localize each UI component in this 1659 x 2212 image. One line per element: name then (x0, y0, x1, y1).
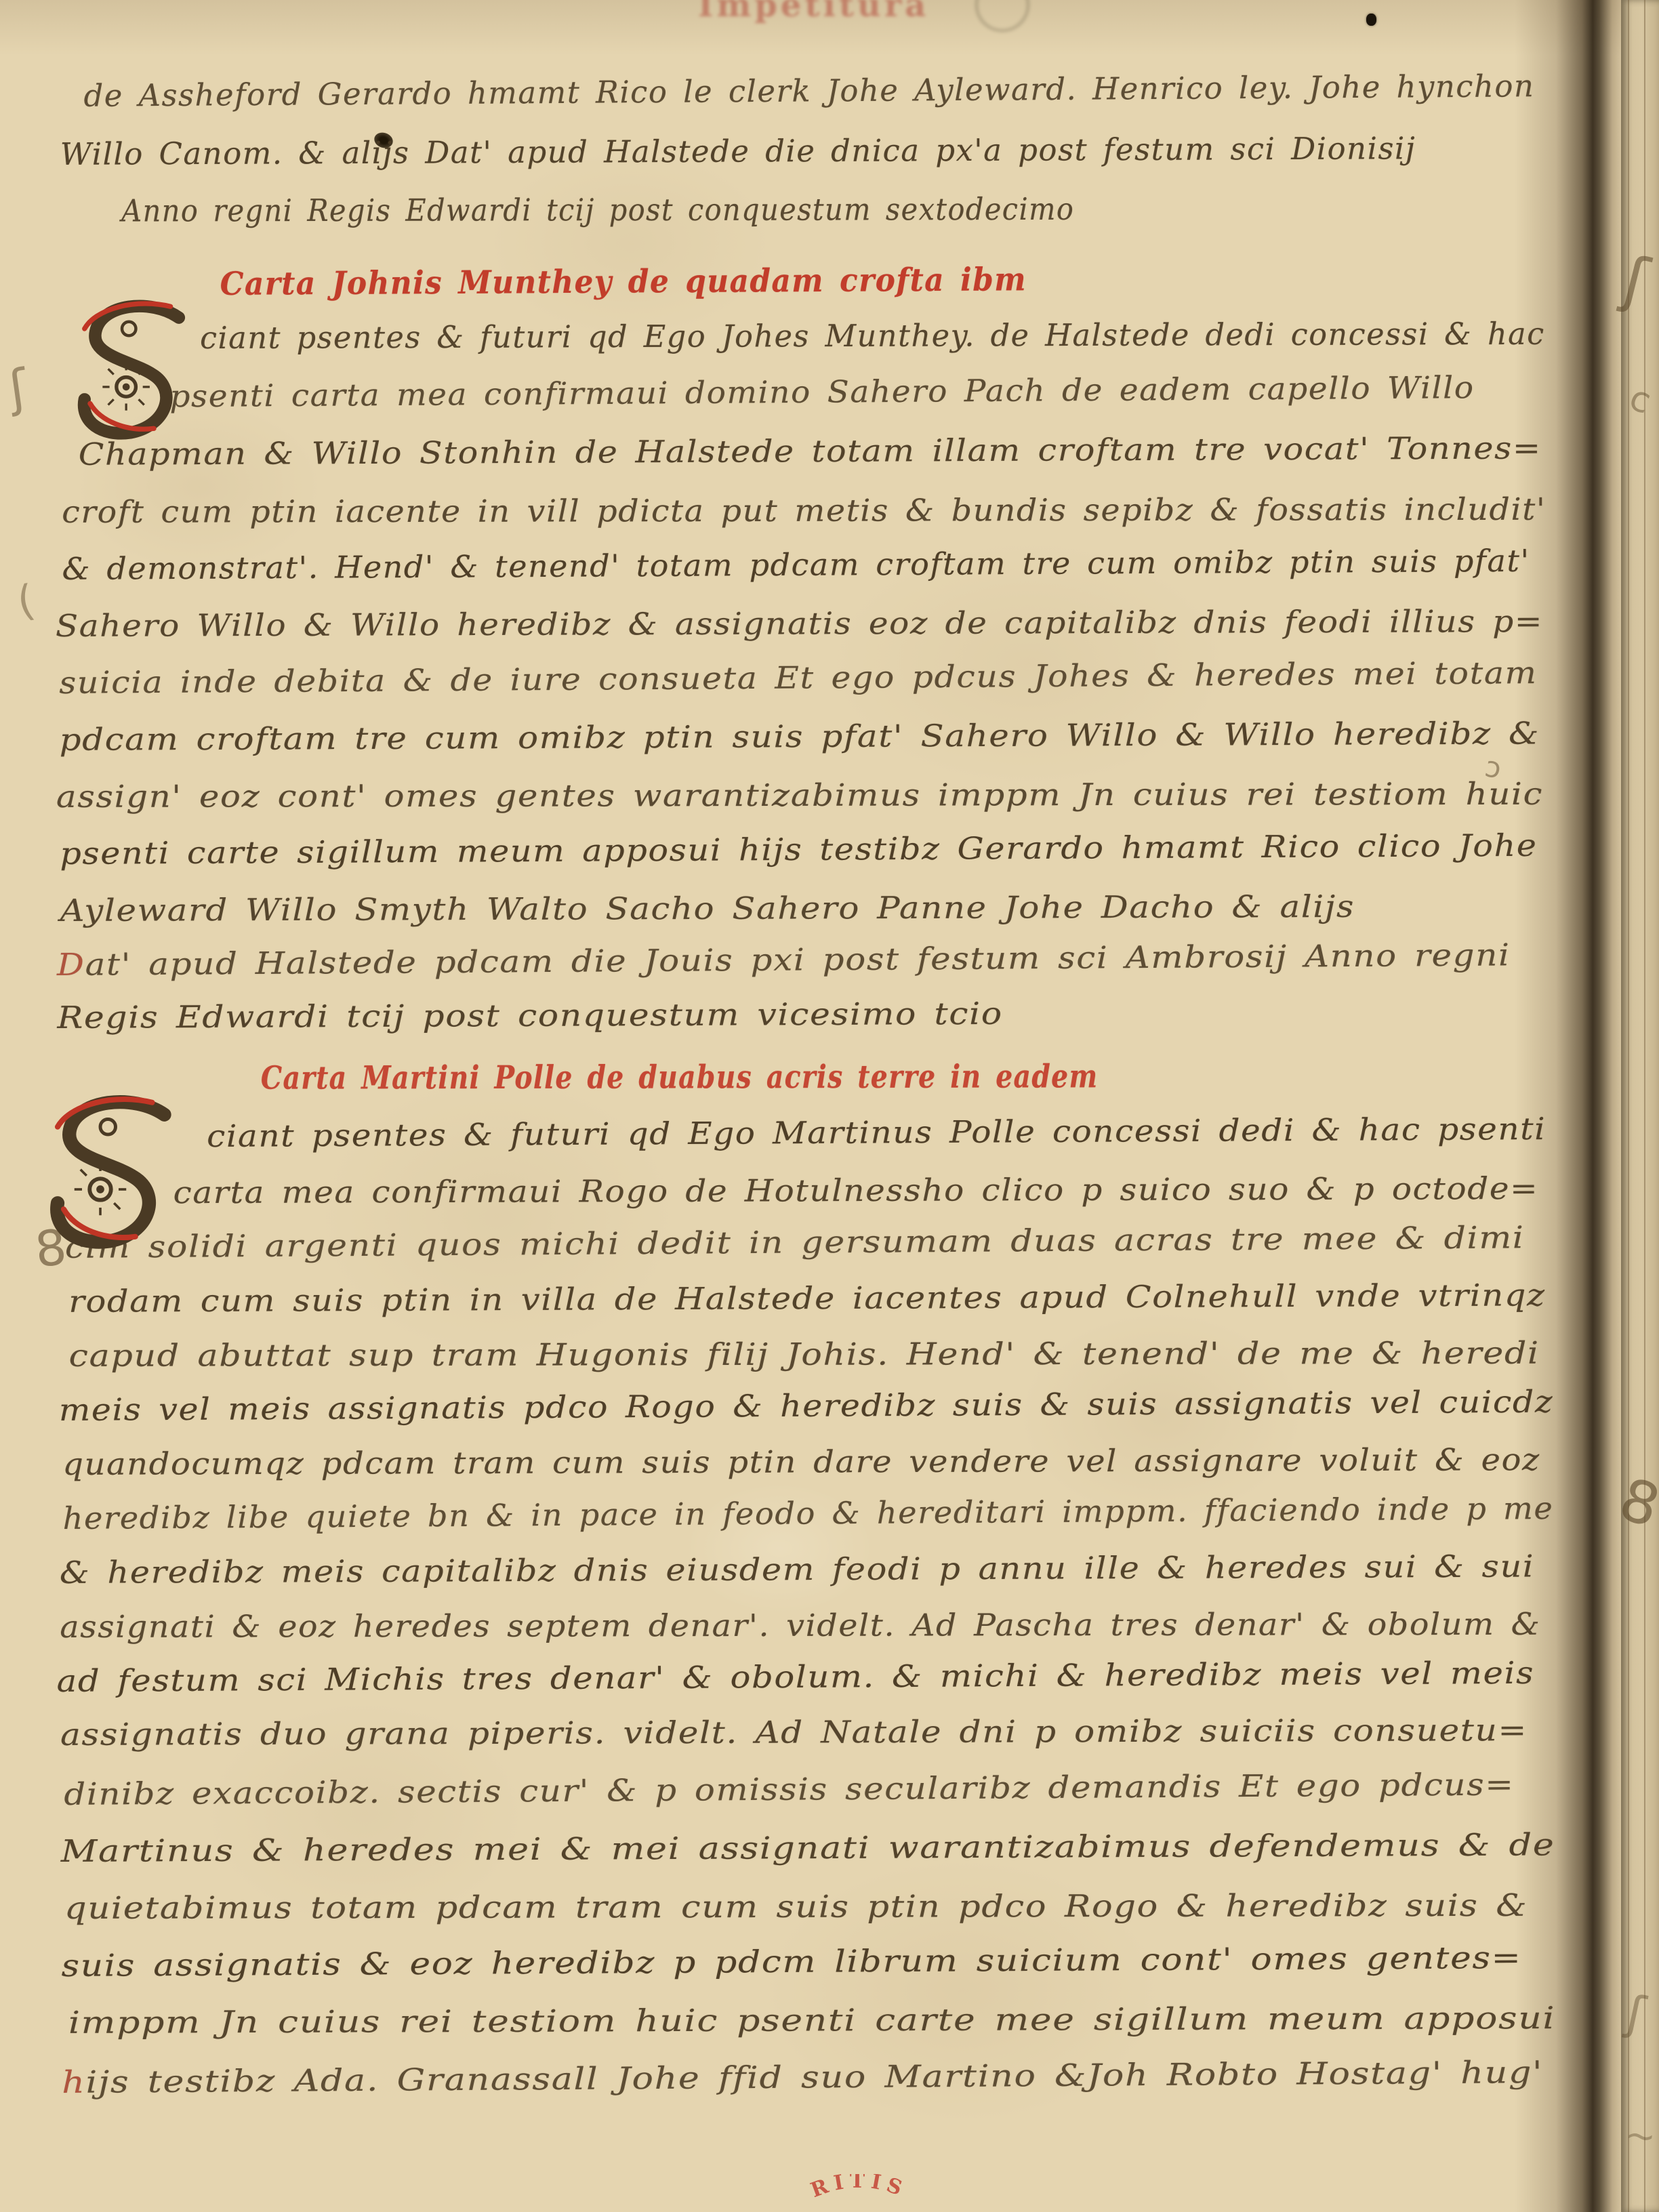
text-line-12: pdcam croftam tre cum omibz ptin suis pf… (60, 716, 1540, 756)
text-line-9: & demonstrat'. Hend' & tenend' totam pdc… (62, 544, 1530, 586)
text-line-24: meis vel meis assignatis pdco Rogo & her… (59, 1385, 1554, 1427)
text-line-15: Ayleward Willo Smyth Walto Sacho Sahero … (60, 890, 1355, 928)
text-line-33: quietabimus totam pdcam tram cum suis pt… (64, 1889, 1528, 1925)
text-line-36: hijs testibz Ada. Granassall Johe ffid s… (62, 2055, 1543, 2099)
margin-mark-9: ~ (1622, 2112, 1659, 2159)
stamp-letters: RITIS (808, 2174, 911, 2203)
text-line-35: imppm Jn cuius rei testiom huic psenti c… (68, 2001, 1556, 2039)
text-line-21: cim solidi argenti quos michi dedit in g… (65, 1221, 1525, 1264)
rubric-line-4: Carta Johnis Munthey de quadam crofta ib… (220, 262, 1027, 302)
initial-eye-dot (96, 1185, 104, 1193)
text-line-1: de Assheford Gerardo hmamt Rico le clerk… (83, 69, 1534, 112)
decorated-initial-charter1: S (68, 298, 207, 451)
rubric-line-18: Carta Martini Polle de duabus acris terr… (261, 1059, 1099, 1096)
svg-text:RITIS: RITIS (808, 2174, 911, 2203)
text-line-25: quandocumqz pdcam tram cum suis ptin dar… (62, 1443, 1540, 1481)
text-line-7: Chapman & Willo Stonhin de Halstede tota… (79, 431, 1542, 471)
text-line-19: ciant psentes & futuri qd Ego Martinus P… (207, 1112, 1546, 1153)
text-line-6: psenti carta mea confirmaui domino Saher… (169, 371, 1475, 413)
text-line-30: assignatis duo grana piperis. videlt. Ad… (60, 1713, 1528, 1751)
stamp-arc: RITIS (758, 2174, 961, 2212)
text-line-23: capud abuttat sup tram Hugonis filij Joh… (69, 1336, 1540, 1373)
text-block: de Assheford Gerardo hmamt Rico le clerk… (0, 0, 1659, 2212)
text-line-29: ad festum sci Michis tres denar' & obolu… (57, 1656, 1535, 1698)
margin-mark-7: 8 (33, 1218, 69, 1278)
text-line-26: heredibz libe quiete bn & in pace in feo… (62, 1492, 1553, 1535)
text-line-2: Willo Canom. & alijs Dat' apud Halstede … (60, 131, 1416, 171)
text-line-22: rodam cum suis ptin in villa de Halstede… (68, 1278, 1546, 1318)
text-line-10: Sahero Willo & Willo heredibz & assignat… (56, 605, 1543, 642)
initial-upper-curl (122, 322, 136, 335)
text-line-8: croft cum ptin iacente in vill pdicta pu… (62, 493, 1546, 529)
text-line-34: suis assignatis & eoz heredibz p pdcm li… (61, 1941, 1521, 1983)
text-line-28: assignati & eoz heredes septem denar'. v… (60, 1607, 1540, 1644)
text-line-11: suicia inde debita & de iure consueta Et… (59, 656, 1538, 699)
text-line-16: Dat' apud Halstede pdcam die Jouis pxi p… (57, 938, 1511, 981)
text-line-14: psenti carte sigillum meum apposui hijs … (60, 829, 1537, 871)
text-line-32: Martinus & heredes mei & mei assignati w… (61, 1828, 1555, 1868)
text-line-27: & heredibz meis capitalibz dnis eiusdem … (60, 1549, 1534, 1589)
manuscript-page: Impetitura de Assheford Gerardo hmamt Ri… (0, 0, 1659, 2212)
text-line-13: assign' eoz cont' omes gentes warantizab… (56, 777, 1543, 814)
library-stamp: RITIS (758, 2174, 961, 2212)
text-line-20: carta mea confirmaui Rogo de Hotulnessho… (173, 1172, 1538, 1210)
initial-upper-curl (100, 1120, 116, 1135)
text-line-31: dinibz exaccoibz. sectis cur' & p omissi… (64, 1767, 1514, 1811)
text-line-17: Regis Edwardi tcij post conquestum vices… (57, 997, 1003, 1035)
text-line-5: ciant psentes & futuri qd Ego Johes Munt… (200, 317, 1545, 355)
text-line-3: Anno regni Regis Edwardi tcij post conqu… (121, 192, 1074, 228)
initial-s-drawing: S (68, 298, 207, 451)
initial-eye-dot (123, 384, 130, 391)
